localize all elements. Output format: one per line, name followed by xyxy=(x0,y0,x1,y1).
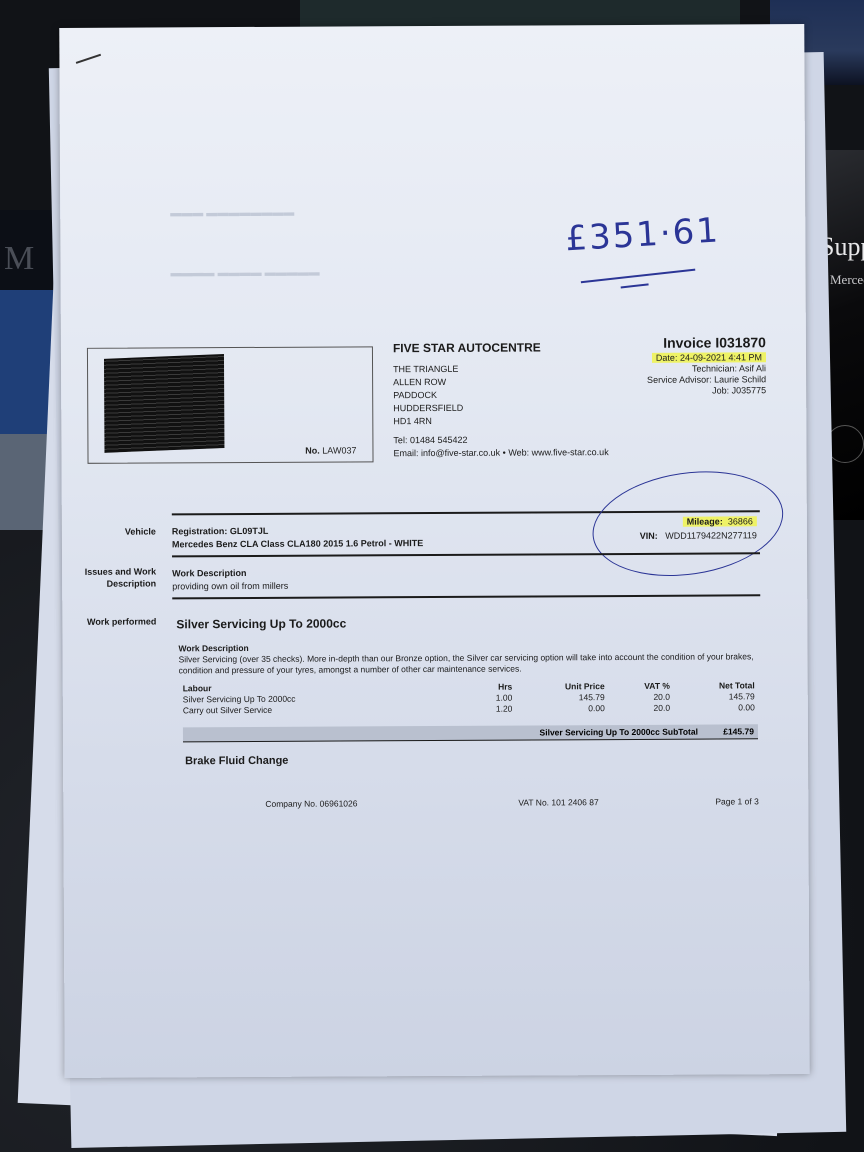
mileage-label: Mileage: xyxy=(687,516,723,526)
company-address-line: PADDOCK xyxy=(393,388,608,402)
labour-unit-price: 145.79 xyxy=(516,692,608,703)
vehicle-mileage-vin: Mileage: 36866 VIN: WDD1179422N277119 xyxy=(617,514,757,543)
staple-icon xyxy=(76,54,101,64)
handwritten-total: £351·61 xyxy=(564,210,721,259)
left-booklet-letter: M xyxy=(4,240,34,278)
footer-page-number: Page 1 of 3 xyxy=(715,796,759,806)
invoice-header: Invoice I031870 Date: 24-09-2021 4:41 PM… xyxy=(616,337,766,397)
col-header-hrs: Hrs xyxy=(469,682,517,693)
next-work-item: Brake Fluid Change xyxy=(185,755,288,768)
col-header-vat: VAT % xyxy=(609,681,674,692)
mileage-value: 36866 xyxy=(728,516,753,526)
footer-company-no: Company No. 06961026 xyxy=(265,798,357,808)
vehicle-description: Mercedes Benz CLA Class CLA180 2015 1.6 … xyxy=(172,538,423,549)
company-address-line: HUDDERSFIELD xyxy=(393,401,608,415)
customer-ref-label: No. xyxy=(305,446,320,456)
issues-info: Work Description providing own oil from … xyxy=(172,567,288,594)
work-performed-section-label: Work performed xyxy=(66,615,156,627)
work-performed-title: Silver Servicing Up To 2000cc xyxy=(176,616,346,631)
company-email-web: Email: info@five-star.co.uk • Web: www.f… xyxy=(393,446,608,460)
handwritten-underline xyxy=(621,283,649,288)
invoice-service-advisor: Service Advisor: Laurie Schild xyxy=(616,374,766,386)
issues-heading: Work Description xyxy=(172,568,246,578)
handwritten-underline xyxy=(581,269,696,284)
work-description-text: Silver Servicing (over 35 checks). More … xyxy=(179,651,759,676)
col-header-unit-price: Unit Price xyxy=(516,681,608,692)
vehicle-registration: Registration: GL09TJL xyxy=(172,526,269,537)
labour-unit-price: 0.00 xyxy=(516,703,608,714)
subtotal-label: Silver Servicing Up To 2000cc SubTotal xyxy=(540,727,698,738)
labour-vat: 20.0 xyxy=(609,692,674,703)
show-through-text: ▬▬▬▬ ▬▬▬▬ ▬▬▬▬▬ xyxy=(171,267,320,280)
customer-ref: No. LAW037 xyxy=(305,445,356,455)
customer-address-box: No. LAW037 xyxy=(87,346,374,463)
divider xyxy=(172,594,760,599)
customer-ref-value: LAW037 xyxy=(322,445,356,455)
invoice-number: Invoice I031870 xyxy=(616,337,766,349)
labour-item: Carry out Silver Service xyxy=(179,704,469,717)
company-tel: Tel: 01484 545422 xyxy=(393,433,608,447)
labour-hrs: 1.20 xyxy=(469,704,517,715)
labour-vat: 20.0 xyxy=(609,703,674,714)
invoice-date: Date: 24-09-2021 4:41 PM xyxy=(652,352,766,363)
invoice-job: Job: J035775 xyxy=(616,385,766,397)
issues-text: providing own oil from millers xyxy=(172,581,288,592)
right-booklet-subtitle: Merced xyxy=(830,272,864,288)
company-address-line: THE TRIANGLE xyxy=(393,362,608,376)
show-through-text: ▬▬▬ ▬▬▬▬▬▬▬▬ xyxy=(170,207,294,220)
vehicle-info: Registration: GL09TJL Mercedes Benz CLA … xyxy=(172,524,423,551)
vin-label: VIN: xyxy=(640,531,658,541)
col-header-net-total: Net Total xyxy=(674,680,759,691)
invoice-page: ▬▬▬ ▬▬▬▬▬▬▬▬ ▬▬▬▬ ▬▬▬▬ ▬▬▬▬▬ £351·61 No.… xyxy=(59,24,809,1078)
vin-value: WDD1179422N277119 xyxy=(665,530,757,540)
labour-table: Labour Hrs Unit Price VAT % Net Total Si… xyxy=(179,680,759,716)
company-block: FIVE STAR AUTOCENTRE THE TRIANGLE ALLEN … xyxy=(393,341,609,460)
subtotal-row: Silver Servicing Up To 2000cc SubTotal £… xyxy=(183,724,758,742)
work-description-block: Work Description Silver Servicing (over … xyxy=(178,640,758,676)
labour-net-total: 0.00 xyxy=(674,702,759,713)
labour-net-total: 145.79 xyxy=(674,691,759,702)
table-row: Carry out Silver Service 1.20 0.00 20.0 … xyxy=(179,702,759,716)
redacted-address xyxy=(104,354,224,453)
vehicle-section-label: Vehicle xyxy=(66,525,156,537)
company-address-line: HD1 4RN xyxy=(393,414,608,428)
subtotal-value: £145.79 xyxy=(723,726,754,736)
company-address-line: ALLEN ROW xyxy=(393,375,608,389)
footer-vat-no: VAT No. 101 2406 87 xyxy=(518,797,598,807)
company-name: FIVE STAR AUTOCENTRE xyxy=(393,341,608,355)
issues-section-label: Issues and Work Description xyxy=(66,565,156,589)
invoice-technician: Technician: Asif Ali xyxy=(616,363,766,375)
labour-hrs: 1.00 xyxy=(469,693,517,704)
